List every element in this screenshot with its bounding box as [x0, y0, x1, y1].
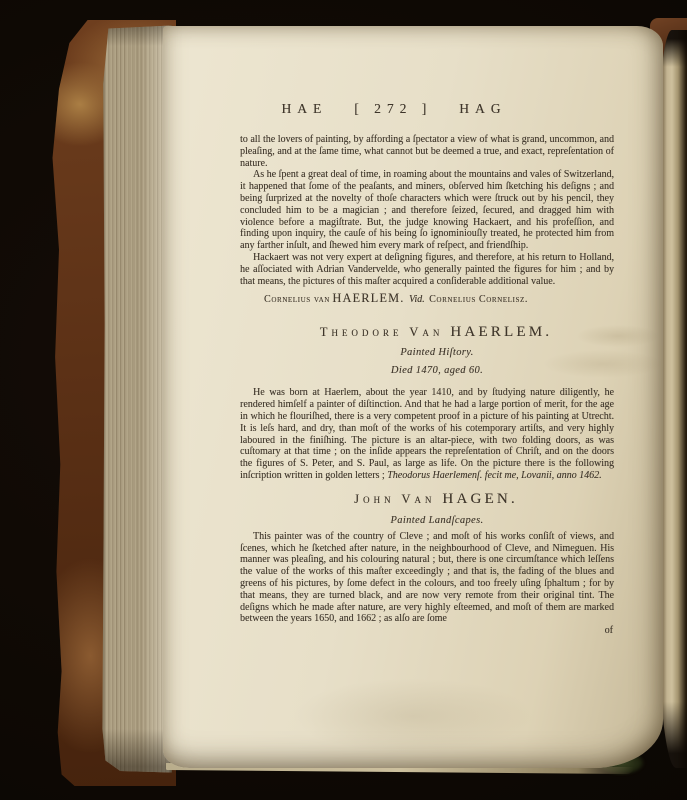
folio-number: [ 272 ]	[354, 102, 432, 116]
hagen-heading: John VanHAGEN.	[249, 491, 623, 509]
theodore-heading-prefix: Theodore Van	[320, 325, 444, 339]
crossref-target: Cornelius Cornelisz.	[429, 294, 528, 305]
theodore-genre: Painted Hiſtory.	[250, 346, 624, 359]
theodore-heading: Theodore VanHAERLEM.	[249, 324, 623, 342]
crossref-surname: HAERLEM.	[332, 291, 404, 305]
text-column: HAE [ 272 ] HAG to all the lovers of pai…	[240, 102, 614, 637]
book-page: HAE [ 272 ] HAG to all the lovers of pai…	[163, 26, 663, 768]
theodore-inscription: Theodorus Haerlemenſ. fecit me, Lovanii,…	[387, 470, 601, 481]
theodore-death-note: Died 1470, aged 60.	[250, 364, 624, 377]
book-photograph: HAE [ 272 ] HAG to all the lovers of pai…	[0, 0, 687, 800]
paragraph-hackaert-continuation: to all the lovers of painting, by afford…	[240, 134, 614, 169]
catchword: of	[240, 625, 614, 637]
hagen-heading-prefix: John Van	[354, 492, 435, 506]
paragraph-vandervelde-figures: Hackaert was not very expert at deſignin…	[240, 252, 614, 287]
paragraph-switzerland-anecdote: As he ſpent a great deal of time, in roa…	[240, 169, 614, 252]
running-head-right: HAG	[459, 102, 506, 116]
theodore-biography: He was born at Haerlem, about the year 1…	[240, 387, 614, 481]
hagen-heading-name: HAGEN.	[442, 491, 517, 507]
crossref-vid: Vid.	[409, 294, 425, 305]
theodore-heading-name: HAERLEM.	[450, 324, 552, 340]
page-fore-edges	[98, 24, 172, 774]
running-head-left: HAE	[282, 102, 328, 116]
hagen-genre: Painted Landſcapes.	[250, 514, 624, 527]
crossref-name: Cornelius van	[264, 294, 330, 305]
running-head: HAE [ 272 ] HAG	[207, 102, 581, 116]
cross-reference-line: Cornelius van HAERLEM. Vid. Cornelius Co…	[209, 291, 583, 307]
theodore-biography-text: He was born at Haerlem, about the year 1…	[240, 387, 614, 481]
hagen-biography: This painter was of the country of Cleve…	[240, 531, 614, 625]
